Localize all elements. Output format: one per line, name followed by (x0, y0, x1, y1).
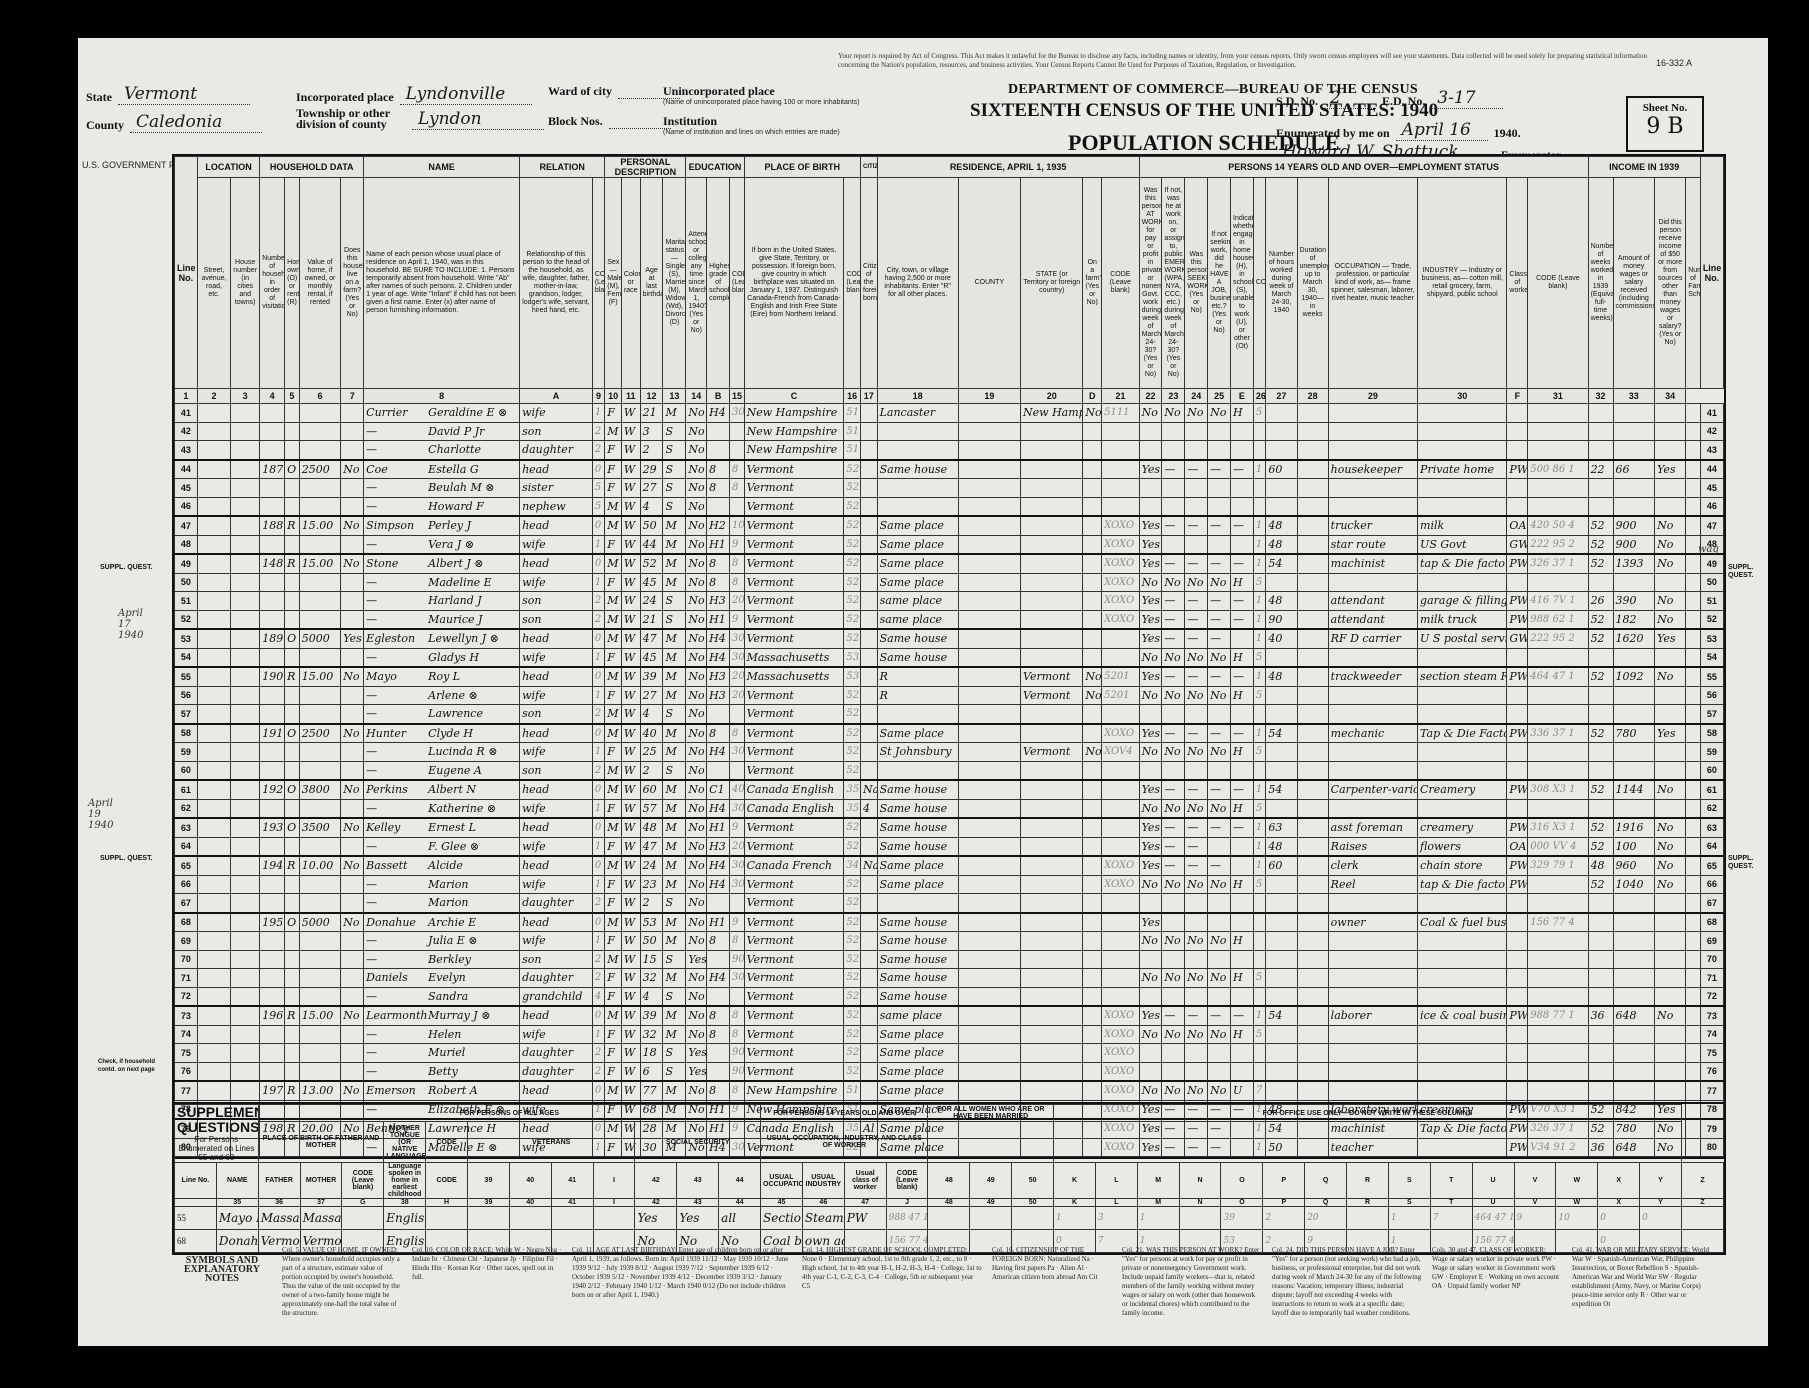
cell-codeE (1253, 894, 1265, 913)
cell-hh: 195 (260, 913, 285, 932)
cell-race: W (621, 422, 640, 441)
cell-codeF (1528, 743, 1588, 762)
cell-codeB (730, 497, 745, 516)
cell-res-farm (1083, 479, 1102, 498)
cell-own (285, 686, 300, 705)
office-use-cell (1179, 1207, 1221, 1230)
cell-c25 (1231, 761, 1254, 780)
cell-relation: grandchild (520, 987, 593, 1006)
cell-codeD (1102, 761, 1139, 780)
cell-codeA: 1 (592, 404, 604, 423)
person-name: MayoRoy L (364, 667, 520, 686)
cell-house (231, 1044, 260, 1063)
cell-marital: S (663, 705, 686, 724)
given-name: David P Jr (428, 425, 484, 438)
cell-race: W (621, 969, 640, 988)
cell-own: R (285, 856, 300, 875)
census-row: 56—Arlene ⊗wife1FW27MNoH320Vermont52RVer… (175, 686, 1724, 705)
census-row: 75—Murieldaughter2FW18SYes90Vermont52Sam… (175, 1044, 1724, 1063)
cell-codeF (1528, 1025, 1588, 1044)
cell-res-city: Same house (877, 780, 958, 799)
supplementary-column-label: U (1472, 1163, 1514, 1199)
line-number: 63 (1700, 818, 1723, 837)
cell-res-farm (1083, 799, 1102, 818)
cell-codeD: XOXO (1102, 1025, 1139, 1044)
cell-codeF: 420 50 4 (1528, 516, 1588, 535)
cell-farm: No (341, 856, 364, 875)
cell-other-inc (1655, 932, 1686, 951)
supplementary-column-label: K (1054, 1163, 1096, 1199)
cell-industry (1418, 932, 1507, 951)
cell-hours (1266, 479, 1297, 498)
person-name: —Marion (364, 894, 520, 913)
cell-codeC: 52 (844, 1044, 861, 1063)
cell-other-inc: No (1655, 780, 1686, 799)
cell-codeD: XOXO (1102, 535, 1139, 554)
cell-hours (1266, 932, 1297, 951)
cell-wages (1613, 422, 1655, 441)
cell-codeA: 0 (592, 780, 604, 799)
cell-res-state (1021, 610, 1083, 629)
cell-res-state (1021, 818, 1083, 837)
census-row: 60—Eugene Ason2MW2SNoVermont5260 (175, 761, 1724, 780)
cell-unemp (1297, 1081, 1328, 1100)
cell-codeB: 8 (730, 573, 745, 592)
line-number: 68 (175, 913, 198, 932)
cell-wages: 900 (1613, 516, 1655, 535)
cell-industry: Coal & fuel business (1418, 913, 1507, 932)
cell-own (285, 592, 300, 611)
cell-farm-sched (1686, 648, 1701, 667)
cell-res-city: Same place (877, 724, 958, 743)
cell-c22: No (1162, 1081, 1185, 1100)
cell-codeB: 20 (730, 837, 745, 856)
cell-age: 47 (640, 629, 663, 648)
cell-marital: M (663, 780, 686, 799)
cell-codeA: 2 (592, 422, 604, 441)
cell-wages (1613, 743, 1655, 762)
census-row: 57—Lawrenceson2MW4SNoVermont5257 (175, 705, 1724, 724)
given-name: Robert A (428, 1084, 478, 1097)
cell-relation: son (520, 705, 593, 724)
given-name: Alcide (428, 859, 463, 872)
cell-farm-sched (1686, 724, 1701, 743)
cell-unemp (1297, 743, 1328, 762)
cell-grade: 8 (707, 1081, 730, 1100)
surname: Bassett (366, 859, 428, 872)
cell-hours (1266, 1081, 1297, 1100)
cell-hours (1266, 1044, 1297, 1063)
cell-house (231, 686, 260, 705)
cell-school: No (686, 667, 707, 686)
cell-res-farm (1083, 497, 1102, 516)
cell-race: W (621, 554, 640, 573)
cell-codeB (730, 705, 745, 724)
supplementary-column-number: P (1263, 1199, 1305, 1207)
census-row: 70—Berkleyson2MW15SYes90Vermont52Same ho… (175, 950, 1724, 969)
cell-c25 (1231, 894, 1254, 913)
person-name: —Helen (364, 1025, 520, 1044)
supplementary-column-number: V (1514, 1199, 1556, 1207)
cell-cls (1507, 913, 1528, 932)
cell-c21 (1139, 761, 1162, 780)
cell-other-inc (1655, 1044, 1686, 1063)
cell-codeD: XOXO (1102, 610, 1139, 629)
cell-codeA: 5 (592, 497, 604, 516)
cell-unemp (1297, 856, 1328, 875)
cell-farm-sched (1686, 743, 1701, 762)
cell-marital: S (663, 422, 686, 441)
cell-birthplace: Vermont (744, 913, 844, 932)
cell-res-county (958, 516, 1020, 535)
cell-unemp (1297, 1025, 1328, 1044)
supplementary-column-label: Language spoken in home in earliest chil… (384, 1163, 426, 1199)
cell-wages: 960 (1613, 856, 1655, 875)
cell-codeB: 8 (730, 932, 745, 951)
cell-codeA: 1 (592, 535, 604, 554)
cell-weeks: 52 (1588, 554, 1613, 573)
cell-codeB: 9 (730, 818, 745, 837)
cell-codeD: XOXO (1102, 1006, 1139, 1025)
cell-own (285, 894, 300, 913)
cell-res-state (1021, 705, 1083, 724)
cell-res-state (1021, 837, 1083, 856)
line-number: 60 (175, 761, 198, 780)
cell-race: W (621, 686, 640, 705)
cell-wages (1613, 573, 1655, 592)
cell-unemp (1297, 554, 1328, 573)
cell-res-city: same place (877, 1006, 958, 1025)
cell-farm (341, 969, 364, 988)
cell-codeA: 2 (592, 441, 604, 460)
cell-marital: S (663, 592, 686, 611)
surname: — (366, 538, 428, 551)
supplementary-column-number: 42 (635, 1199, 677, 1207)
cell-house (231, 422, 260, 441)
surname: — (366, 481, 428, 494)
cell-own (285, 950, 300, 969)
cell-street (197, 987, 230, 1006)
supplementary-row: 55Mayo Roy LMassachusettsMassachusettsEn… (175, 1207, 1724, 1230)
cell-cls: PW (1507, 667, 1528, 686)
cell-street (197, 950, 230, 969)
cell-occupation (1328, 969, 1417, 988)
cell-grade: 8 (707, 573, 730, 592)
cell-unemp (1297, 705, 1328, 724)
cell-wages (1613, 950, 1655, 969)
cell-grade: 8 (707, 932, 730, 951)
cell-res-state: Vermont (1021, 686, 1083, 705)
cell-c25 (1231, 1062, 1254, 1081)
cell-c22: — (1162, 516, 1185, 535)
cell-c22: — (1162, 780, 1185, 799)
cell-street (197, 1044, 230, 1063)
cell-farm-sched (1686, 1062, 1701, 1081)
line-number: 52 (175, 610, 198, 629)
cell-birthplace: Vermont (744, 950, 844, 969)
cell-birthplace: Vermont (744, 724, 844, 743)
cell-other-inc (1655, 1081, 1686, 1100)
cell-other-inc: No (1655, 667, 1686, 686)
cell-relation: son (520, 610, 593, 629)
cell-c22: No (1162, 686, 1185, 705)
cell-wages (1613, 497, 1655, 516)
cell-wages: 66 (1613, 460, 1655, 479)
line-number: 77 (175, 1081, 198, 1100)
cell-relation: wife (520, 799, 593, 818)
line-number: 53 (175, 629, 198, 648)
cell-farm: No (341, 667, 364, 686)
cell-codeB (730, 441, 745, 460)
column-number: 23 (1162, 389, 1185, 404)
supplementary-column-label: W (1556, 1163, 1598, 1199)
cell-marital: S (663, 894, 686, 913)
cell-res-city: Same house (877, 969, 958, 988)
person-name: —Arlene ⊗ (364, 686, 520, 705)
cell-occupation (1328, 404, 1417, 423)
cell-res-city: Same place (877, 573, 958, 592)
cell-c22: — (1162, 818, 1185, 837)
cell-c24: No (1208, 648, 1231, 667)
cell-street (197, 610, 230, 629)
cell-school: No (686, 799, 707, 818)
cell-age: 45 (640, 573, 663, 592)
cell-own (285, 497, 300, 516)
cell-unemp (1297, 987, 1328, 1006)
line-number: 58 (1700, 724, 1723, 743)
cell-res-farm (1083, 1062, 1102, 1081)
cell-house (231, 535, 260, 554)
cell-codeC: 35 (844, 780, 861, 799)
given-name: Charlotte (428, 443, 481, 456)
cell-res-city: Same house (877, 460, 958, 479)
line-number: 53 (1700, 629, 1723, 648)
cell-codeB: 30 (730, 404, 745, 423)
cell-industry: U S postal service (1418, 629, 1507, 648)
cell-res-city: Same house (877, 799, 958, 818)
cell-cit (860, 422, 877, 441)
census-row: 67—Mariondaughter2FW2SNoVermont5267 (175, 894, 1724, 913)
cell-c24: No (1208, 1025, 1231, 1044)
cell-age: 32 (640, 969, 663, 988)
cell-relation: head (520, 780, 593, 799)
cell-codeE: 1 (1253, 856, 1265, 875)
cell-c21: No (1139, 686, 1162, 705)
surname: — (366, 878, 428, 891)
cell-street (197, 1006, 230, 1025)
cell-codeD: XOXO (1102, 875, 1139, 894)
cell-codeF (1528, 799, 1588, 818)
cell-other-inc: Yes (1655, 629, 1686, 648)
cell-codeD (1102, 629, 1139, 648)
line-number: 67 (175, 894, 198, 913)
cell-codeA: 1 (592, 743, 604, 762)
cell-value: 15.00 (299, 516, 341, 535)
cell-c22: — (1162, 610, 1185, 629)
cell-value (299, 479, 341, 498)
cell-c24 (1208, 837, 1231, 856)
supplementary-column-label: 40 (509, 1163, 551, 1199)
cell-house (231, 950, 260, 969)
cell-grade (707, 950, 730, 969)
cell-codeD: XOXO (1102, 573, 1139, 592)
cell-res-farm: No (1083, 686, 1102, 705)
supplementary-column-number: 50 (1012, 1199, 1054, 1207)
suppl-quest-marker-68-right: SUPPL. QUEST. (1728, 855, 1768, 871)
cell-weeks: 52 (1588, 535, 1613, 554)
cell-other-inc (1655, 1025, 1686, 1044)
cell-farm-sched (1686, 837, 1701, 856)
cell-codeA: 2 (592, 705, 604, 724)
surname: Stone (366, 557, 428, 570)
cell-hh: 190 (260, 667, 285, 686)
supplementary-column-number: G (342, 1199, 384, 1207)
cell-codeA: 1 (592, 799, 604, 818)
cell-res-farm (1083, 460, 1102, 479)
supplementary-column-number: M (1137, 1199, 1179, 1207)
cell-industry (1418, 1081, 1507, 1100)
cell-codeC: 52 (844, 460, 861, 479)
cell-street (197, 894, 230, 913)
cell-school: No (686, 837, 707, 856)
given-name: F. Glee ⊗ (428, 840, 479, 853)
line-number: 59 (175, 743, 198, 762)
cell-birthplace: Vermont (744, 894, 844, 913)
cell-race: W (621, 856, 640, 875)
cell-res-farm (1083, 969, 1102, 988)
cell-codeE: 1 (1253, 460, 1265, 479)
block-field: Block Nos. (548, 114, 671, 129)
cell-c25 (1231, 913, 1254, 932)
cell-res-city: Same house (877, 913, 958, 932)
cell-farm-sched (1686, 987, 1701, 1006)
cell-hours (1266, 648, 1297, 667)
cell-weeks (1588, 1025, 1613, 1044)
supp-cell-name: Mayo Roy L (216, 1207, 258, 1230)
cell-c25: H (1231, 573, 1254, 592)
cell-farm-sched (1686, 1044, 1701, 1063)
cell-race: W (621, 894, 640, 913)
surname: — (366, 425, 428, 438)
cell-codeE: 1 (1253, 837, 1265, 856)
cell-occupation: Carpenter-various (1328, 780, 1417, 799)
cell-c24: No (1208, 743, 1231, 762)
surname: — (366, 1046, 428, 1059)
cell-farm-sched (1686, 404, 1701, 423)
cell-house (231, 573, 260, 592)
cell-school: No (686, 610, 707, 629)
cell-c23 (1185, 441, 1208, 460)
cell-relation: daughter (520, 894, 593, 913)
cell-age: 2 (640, 894, 663, 913)
cell-codeE (1253, 987, 1265, 1006)
cell-unemp (1297, 969, 1328, 988)
cell-wages (1613, 479, 1655, 498)
cell-codeD (1102, 705, 1139, 724)
line-number: 52 (1700, 610, 1723, 629)
cell-codeE: 5 (1253, 799, 1265, 818)
cell-c21: Yes (1139, 610, 1162, 629)
column-number: 16 (844, 389, 861, 404)
cell-res-state (1021, 648, 1083, 667)
cell-grade: H4 (707, 743, 730, 762)
cell-value: 15.00 (299, 667, 341, 686)
cell-codeC: 52 (844, 479, 861, 498)
cell-marital: M (663, 648, 686, 667)
cell-grade (707, 894, 730, 913)
cell-hours: 63 (1266, 818, 1297, 837)
cell-c24 (1208, 950, 1231, 969)
cell-farm-sched (1686, 497, 1701, 516)
cell-codeA: 2 (592, 610, 604, 629)
cell-farm-sched (1686, 573, 1701, 592)
cell-race: W (621, 875, 640, 894)
column-number: 2 (197, 389, 230, 404)
cell-school: No (686, 818, 707, 837)
cell-c24: — (1208, 629, 1231, 648)
cell-street (197, 535, 230, 554)
cell-hh (260, 799, 285, 818)
cell-c21 (1139, 479, 1162, 498)
cell-cls: OA (1507, 516, 1528, 535)
cell-occupation (1328, 1062, 1417, 1081)
cell-codeD: 5111 (1102, 404, 1139, 423)
cell-cls (1507, 932, 1528, 951)
cell-own: O (285, 724, 300, 743)
cell-codeC: 51 (844, 441, 861, 460)
cell-own: R (285, 667, 300, 686)
census-row: 59—Lucinda R ⊗wife1FW25MNoH430Vermont52S… (175, 743, 1724, 762)
cell-race: W (621, 950, 640, 969)
office-use-cell: 0 (1598, 1207, 1640, 1230)
cell-birthplace: Vermont (744, 875, 844, 894)
cell-occupation: RF D carrier (1328, 629, 1417, 648)
cell-cls: PW (1507, 1006, 1528, 1025)
cell-value: 3500 (299, 818, 341, 837)
cell-c23: No (1185, 1081, 1208, 1100)
cell-industry: chain store (1418, 856, 1507, 875)
cell-birthplace: New Hampshire (744, 1081, 844, 1100)
cell-cit (860, 837, 877, 856)
cell-sex: M (605, 592, 622, 611)
cell-age: 40 (640, 724, 663, 743)
cell-c23 (1185, 479, 1208, 498)
cell-street (197, 479, 230, 498)
surname: Coe (366, 463, 428, 476)
cell-c24: No (1208, 404, 1231, 423)
surname: Currier (366, 406, 428, 419)
cell-value (299, 987, 341, 1006)
cell-codeC: 52 (844, 497, 861, 516)
cell-codeB: 30 (730, 799, 745, 818)
cell-occupation: owner (1328, 913, 1417, 932)
cell-weeks: 52 (1588, 818, 1613, 837)
cell-wages (1613, 1062, 1655, 1081)
person-name: —Marion (364, 875, 520, 894)
cell-marital: M (663, 516, 686, 535)
cell-res-state (1021, 913, 1083, 932)
person-name: DonahueArchie E (364, 913, 520, 932)
cell-birthplace: Vermont (744, 629, 844, 648)
cell-wages: 1393 (1613, 554, 1655, 573)
cell-relation: daughter (520, 1044, 593, 1063)
cell-other-inc (1655, 913, 1686, 932)
suppl-quest-marker-55: SUPPL. QUEST. (100, 564, 153, 572)
cell-codeC: 52 (844, 987, 861, 1006)
cell-other-inc: Yes (1655, 460, 1686, 479)
institution-field: Institution (Name of institution and lin… (663, 114, 840, 136)
cell-cit (860, 648, 877, 667)
